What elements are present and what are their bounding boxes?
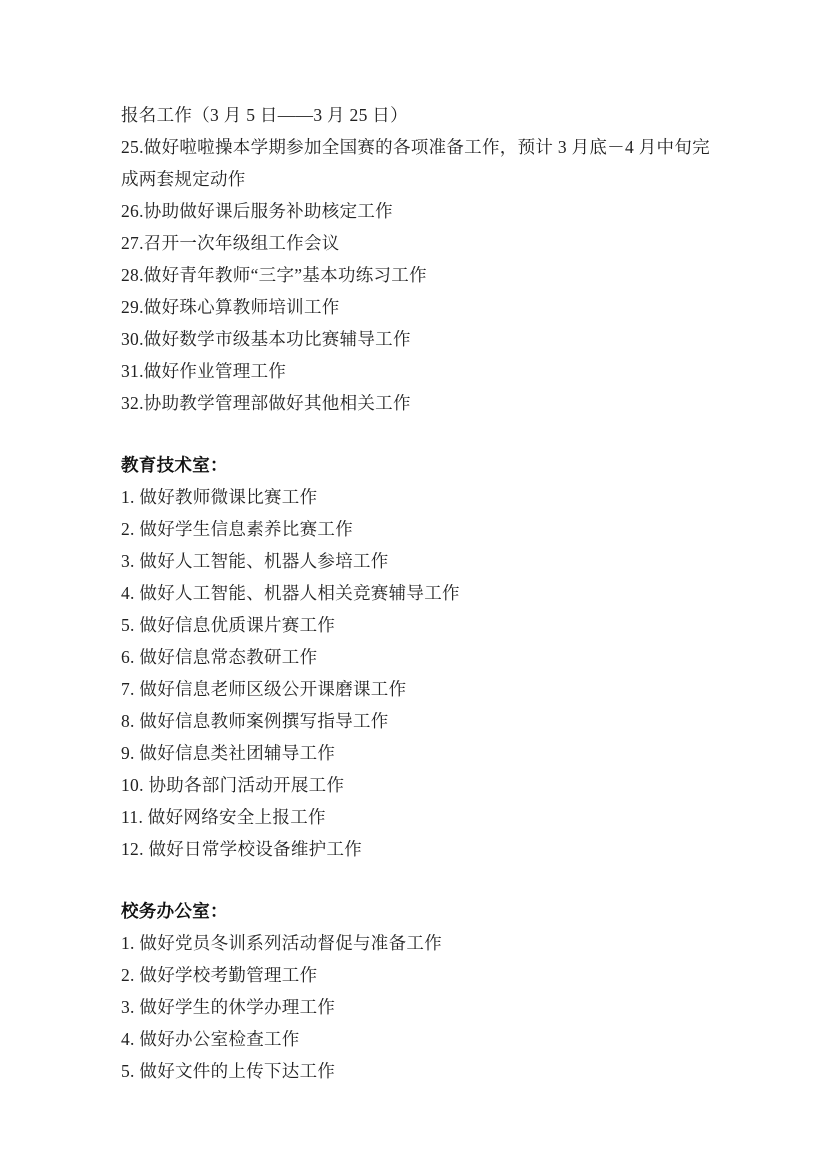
list-item: 2. 做好学生信息素养比赛工作 [121,513,717,545]
list-item: 8. 做好信息教师案例撰写指导工作 [121,705,717,737]
list-item: 报名工作（3 月 5 日——3 月 25 日） [121,99,717,131]
document-content: 报名工作（3 月 5 日——3 月 25 日）25.做好啦啦操本学期参加全国赛的… [121,99,717,1087]
list-item: 9. 做好信息类社团辅导工作 [121,737,717,769]
section-heading: 教育技术室： [121,449,717,481]
list-item: 4. 做好办公室检查工作 [121,1023,717,1055]
list-item: 6. 做好信息常态教研工作 [121,641,717,673]
list-item: 5. 做好文件的上传下达工作 [121,1055,717,1087]
list-item: 10. 协助各部门活动开展工作 [121,769,717,801]
list-item: 5. 做好信息优质课片赛工作 [121,609,717,641]
list-item: 1. 做好教师微课比赛工作 [121,481,717,513]
list-item: 30.做好数学市级基本功比赛辅导工作 [121,323,717,355]
list-item: 3. 做好学生的休学办理工作 [121,991,717,1023]
list-item: 12. 做好日常学校设备维护工作 [121,833,717,865]
list-item: 28.做好青年教师“三字”基本功练习工作 [121,259,717,291]
list-item: 2. 做好学校考勤管理工作 [121,959,717,991]
list-item: 25.做好啦啦操本学期参加全国赛的各项准备工作，预计 3 月底－4 月中旬完成两… [121,131,717,195]
list-item: 27.召开一次年级组工作会议 [121,227,717,259]
list-item: 32.协助教学管理部做好其他相关工作 [121,387,717,419]
list-item: 31.做好作业管理工作 [121,355,717,387]
list-item: 4. 做好人工智能、机器人相关竞赛辅导工作 [121,577,717,609]
document-page: 报名工作（3 月 5 日——3 月 25 日）25.做好啦啦操本学期参加全国赛的… [0,0,827,1170]
list-item: 1. 做好党员冬训系列活动督促与准备工作 [121,927,717,959]
list-item: 29.做好珠心算教师培训工作 [121,291,717,323]
list-item: 3. 做好人工智能、机器人参培工作 [121,545,717,577]
list-item: 11. 做好网络安全上报工作 [121,801,717,833]
list-item: 26.协助做好课后服务补助核定工作 [121,195,717,227]
list-item: 7. 做好信息老师区级公开课磨课工作 [121,673,717,705]
section-heading: 校务办公室： [121,895,717,927]
